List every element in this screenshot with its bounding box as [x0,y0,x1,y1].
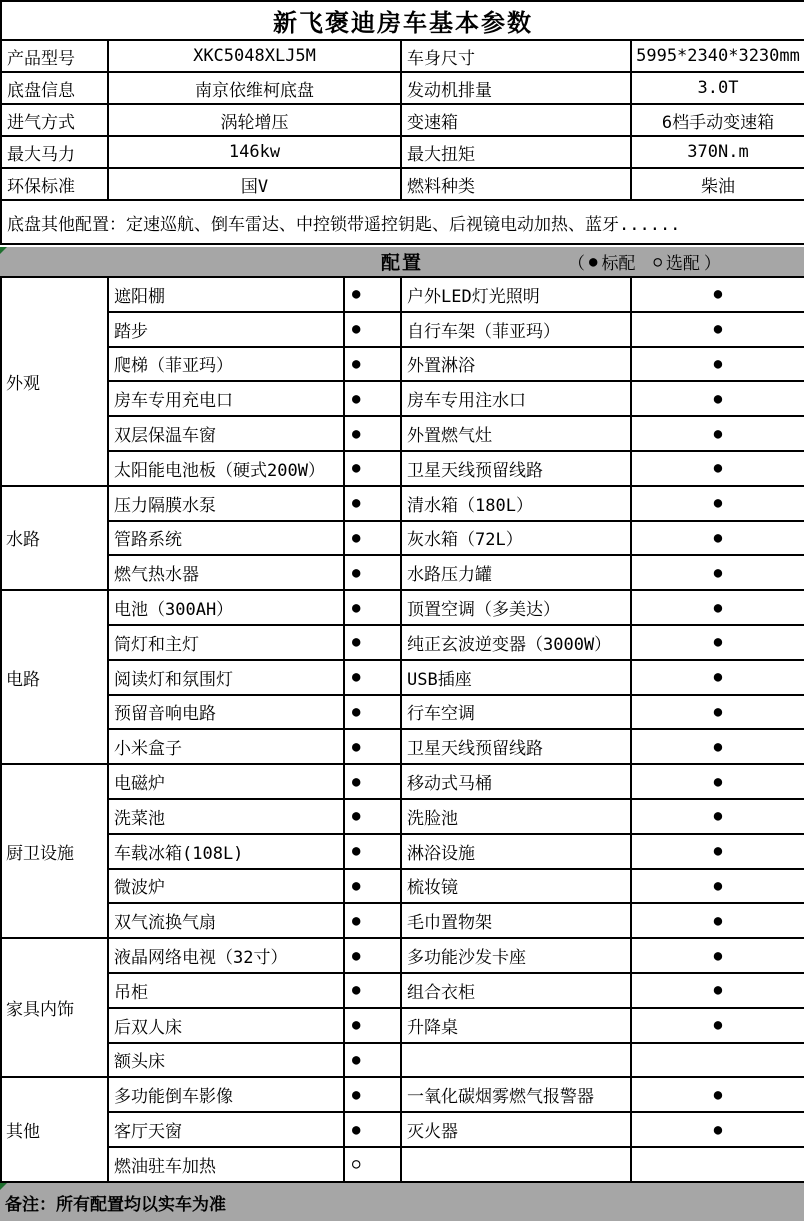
legend-standard-label: 标配 [601,249,635,274]
config-mark: ● [344,1112,401,1147]
param-value: XKC5048XLJ5M [108,40,401,72]
config-row: 预留音响电路 ● 行车空调 ● [1,695,804,730]
param-label: 燃料种类 [401,168,631,200]
config-item-label: 燃气热水器 [108,555,344,590]
config-item-label: 梳妆镜 [401,869,631,904]
param-value: 国V [108,168,401,200]
param-label: 变速箱 [401,104,631,136]
config-mark: ● [631,451,804,486]
config-mark: ● [631,277,804,312]
config-item-label: 升降桌 [401,1008,631,1043]
config-row: 微波炉 ● 梳妆镜 ● [1,869,804,904]
param-value: 南京依维柯底盘 [108,72,401,104]
category-label: 水路 [1,486,108,590]
config-mark: ● [631,521,804,556]
config-item-label: 外置淋浴 [401,347,631,382]
config-item-label: 吊柜 [108,973,344,1008]
config-mark: ● [631,590,804,625]
config-header-bar: 配置 （ ● 标配 ○ 选配 ） [0,247,804,276]
config-mark: ● [631,1112,804,1147]
config-item-label [401,1147,631,1182]
config-mark: ○ [344,1147,401,1182]
config-table: 外观 遮阳棚 ● 户外LED灯光照明 ● 踏步 ● 自行车架（菲亚玛） ● 爬梯… [0,276,804,1183]
legend-open-paren: （ [568,249,585,274]
category-label: 家具内饰 [1,938,108,1077]
config-row: 太阳能电池板（硬式200W） ● 卫星天线预留线路 ● [1,451,804,486]
standard-dot-icon: ● [589,255,597,269]
config-item-label: 清水箱（180L） [401,486,631,521]
param-label: 底盘信息 [1,72,108,104]
config-mark: ● [631,312,804,347]
config-mark: ● [344,486,401,521]
config-legend: （ ● 标配 ○ 选配 ） [568,247,721,276]
category-label: 电路 [1,590,108,764]
config-row: 水路 压力隔膜水泵 ● 清水箱（180L） ● [1,486,804,521]
param-label: 环保标准 [1,168,108,200]
param-value: 370N.m [631,136,804,168]
config-mark: ● [344,695,401,730]
config-mark: ● [344,799,401,834]
config-mark: ● [344,451,401,486]
config-row: 双气流换气扇 ● 毛巾置物架 ● [1,903,804,938]
config-mark: ● [631,729,804,764]
config-mark: ● [344,1008,401,1043]
config-row: 燃气热水器 ● 水路压力罐 ● [1,555,804,590]
chassis-note: 底盘其他配置：定速巡航、倒车雷达、中控锁带遥控钥匙、后视镜电动加热、蓝牙....… [1,200,804,244]
config-item-label: 双气流换气扇 [108,903,344,938]
config-mark: ● [344,521,401,556]
config-item-label: 房车专用注水口 [401,381,631,416]
config-mark: ● [631,1077,804,1112]
config-mark: ● [344,903,401,938]
config-item-label: 一氧化碳烟雾燃气报警器 [401,1077,631,1112]
config-item-label: 液晶网络电视（32寸） [108,938,344,973]
config-item-label: 车载冰箱(108L) [108,834,344,869]
config-item-label: 客厅天窗 [108,1112,344,1147]
param-label: 发动机排量 [401,72,631,104]
config-mark: ● [631,938,804,973]
config-item-label: 毛巾置物架 [401,903,631,938]
config-row: 家具内饰 液晶网络电视（32寸） ● 多功能沙发卡座 ● [1,938,804,973]
param-value: 146kw [108,136,401,168]
config-mark: ● [344,764,401,799]
remarks-text: 备注：所有配置均以实车为准 [5,1190,226,1215]
config-item-label: 电磁炉 [108,764,344,799]
config-item-label: 洗脸池 [401,799,631,834]
config-item-label: 太阳能电池板（硬式200W） [108,451,344,486]
config-row: 爬梯（菲亚玛） ● 外置淋浴 ● [1,347,804,382]
config-item-label: 纯正玄波逆变器（3000W） [401,625,631,660]
spec-sheet: 新飞褒迪房车基本参数 产品型号 XKC5048XLJ5M 车身尺寸 5995*2… [0,0,804,1226]
config-item-label: 房车专用充电口 [108,381,344,416]
config-mark: ● [631,903,804,938]
param-value: 柴油 [631,168,804,200]
page-title: 新飞褒迪房车基本参数 [1,1,804,40]
config-item-label: 压力隔膜水泵 [108,486,344,521]
config-row: 额头床 ● [1,1043,804,1078]
basic-params-table: 新飞褒迪房车基本参数 产品型号 XKC5048XLJ5M 车身尺寸 5995*2… [0,0,804,245]
config-mark: ● [344,416,401,451]
param-row: 环保标准 国V 燃料种类 柴油 [1,168,804,200]
param-value: 6档手动变速箱 [631,104,804,136]
config-mark: ● [344,1043,401,1078]
config-item-label: 自行车架（菲亚玛） [401,312,631,347]
param-label: 最大扭矩 [401,136,631,168]
config-row: 后双人床 ● 升降桌 ● [1,1008,804,1043]
config-row: 其他 多功能倒车影像 ● 一氧化碳烟雾燃气报警器 ● [1,1077,804,1112]
config-row: 小米盒子 ● 卫星天线预留线路 ● [1,729,804,764]
config-mark [631,1147,804,1182]
config-mark: ● [631,625,804,660]
title-row: 新飞褒迪房车基本参数 [1,1,804,40]
config-mark: ● [631,973,804,1008]
config-row: 房车专用充电口 ● 房车专用注水口 ● [1,381,804,416]
config-item-label: 多功能沙发卡座 [401,938,631,973]
config-item-label: 筒灯和主灯 [108,625,344,660]
config-mark: ● [344,312,401,347]
param-label: 最大马力 [1,136,108,168]
param-value: 涡轮增压 [108,104,401,136]
config-mark: ● [631,869,804,904]
config-item-label: 后双人床 [108,1008,344,1043]
category-label: 其他 [1,1077,108,1182]
config-mark: ● [631,695,804,730]
param-label: 产品型号 [1,40,108,72]
config-row: 管路系统 ● 灰水箱（72L） ● [1,521,804,556]
param-label: 进气方式 [1,104,108,136]
config-mark: ● [631,347,804,382]
config-row: 吊柜 ● 组合衣柜 ● [1,973,804,1008]
config-row: 阅读灯和氛围灯 ● USB插座 ● [1,660,804,695]
chassis-note-row: 底盘其他配置：定速巡航、倒车雷达、中控锁带遥控钥匙、后视镜电动加热、蓝牙....… [1,200,804,244]
config-item-label: 多功能倒车影像 [108,1077,344,1112]
legend-optional-label: 选配 [666,249,700,274]
remarks-bar: 备注：所有配置均以实车为准 [0,1183,804,1221]
config-mark: ● [344,834,401,869]
config-mark: ● [344,625,401,660]
config-mark: ● [344,938,401,973]
legend-close-paren: ） [704,249,721,274]
config-row: 筒灯和主灯 ● 纯正玄波逆变器（3000W） ● [1,625,804,660]
config-mark: ● [344,869,401,904]
config-mark: ● [344,590,401,625]
config-item-label: 电池（300AH） [108,590,344,625]
config-item-label: USB插座 [401,660,631,695]
config-row: 厨卫设施 电磁炉 ● 移动式马桶 ● [1,764,804,799]
param-row: 最大马力 146kw 最大扭矩 370N.m [1,136,804,168]
config-item-label: 阅读灯和氛围灯 [108,660,344,695]
config-row: 电路 电池（300AH） ● 顶置空调（多美达） ● [1,590,804,625]
config-mark: ● [344,973,401,1008]
config-item-label: 遮阳棚 [108,277,344,312]
config-item-label: 移动式马桶 [401,764,631,799]
config-item-label: 预留音响电路 [108,695,344,730]
config-item-label: 淋浴设施 [401,834,631,869]
param-value: 5995*2340*3230mm [631,40,804,72]
param-row: 底盘信息 南京依维柯底盘 发动机排量 3.0T [1,72,804,104]
config-mark: ● [344,277,401,312]
config-row: 踏步 ● 自行车架（菲亚玛） ● [1,312,804,347]
config-item-label: 顶置空调（多美达） [401,590,631,625]
config-mark: ● [344,555,401,590]
config-item-label: 卫星天线预留线路 [401,729,631,764]
config-mark: ● [631,660,804,695]
param-row: 进气方式 涡轮增压 变速箱 6档手动变速箱 [1,104,804,136]
config-item-label: 双层保温车窗 [108,416,344,451]
config-row: 客厅天窗 ● 灭火器 ● [1,1112,804,1147]
config-mark: ● [631,555,804,590]
config-row: 双层保温车窗 ● 外置燃气灶 ● [1,416,804,451]
config-mark [631,1043,804,1078]
config-mark: ● [344,729,401,764]
config-item-label: 卫星天线预留线路 [401,451,631,486]
config-row: 洗菜池 ● 洗脸池 ● [1,799,804,834]
config-item-label: 踏步 [108,312,344,347]
category-label: 外观 [1,277,108,486]
config-item-label: 洗菜池 [108,799,344,834]
config-item-label: 微波炉 [108,869,344,904]
config-mark: ● [631,1008,804,1043]
config-item-label: 额头床 [108,1043,344,1078]
config-row: 车载冰箱(108L) ● 淋浴设施 ● [1,834,804,869]
config-item-label: 管路系统 [108,521,344,556]
config-item-label: 爬梯（菲亚玛） [108,347,344,382]
config-mark: ● [631,799,804,834]
param-label: 车身尺寸 [401,40,631,72]
optional-dot-icon: ○ [653,255,661,269]
config-mark: ● [631,381,804,416]
param-row: 产品型号 XKC5048XLJ5M 车身尺寸 5995*2340*3230mm [1,40,804,72]
config-item-label: 小米盒子 [108,729,344,764]
config-mark: ● [631,764,804,799]
config-mark: ● [344,660,401,695]
config-row: 外观 遮阳棚 ● 户外LED灯光照明 ● [1,277,804,312]
cell-corner-marker-icon [0,1183,7,1190]
config-mark: ● [344,1077,401,1112]
config-item-label: 组合衣柜 [401,973,631,1008]
config-item-label: 灭火器 [401,1112,631,1147]
config-item-label: 水路压力罐 [401,555,631,590]
config-mark: ● [631,486,804,521]
config-mark: ● [344,347,401,382]
config-mark: ● [631,416,804,451]
config-item-label: 户外LED灯光照明 [401,277,631,312]
config-item-label: 行车空调 [401,695,631,730]
config-item-label: 外置燃气灶 [401,416,631,451]
config-item-label: 燃油驻车加热 [108,1147,344,1182]
config-mark: ● [631,834,804,869]
config-item-label [401,1043,631,1078]
config-item-label: 灰水箱（72L） [401,521,631,556]
config-row: 燃油驻车加热 ○ [1,1147,804,1182]
config-mark: ● [344,381,401,416]
category-label: 厨卫设施 [1,764,108,938]
param-value: 3.0T [631,72,804,104]
